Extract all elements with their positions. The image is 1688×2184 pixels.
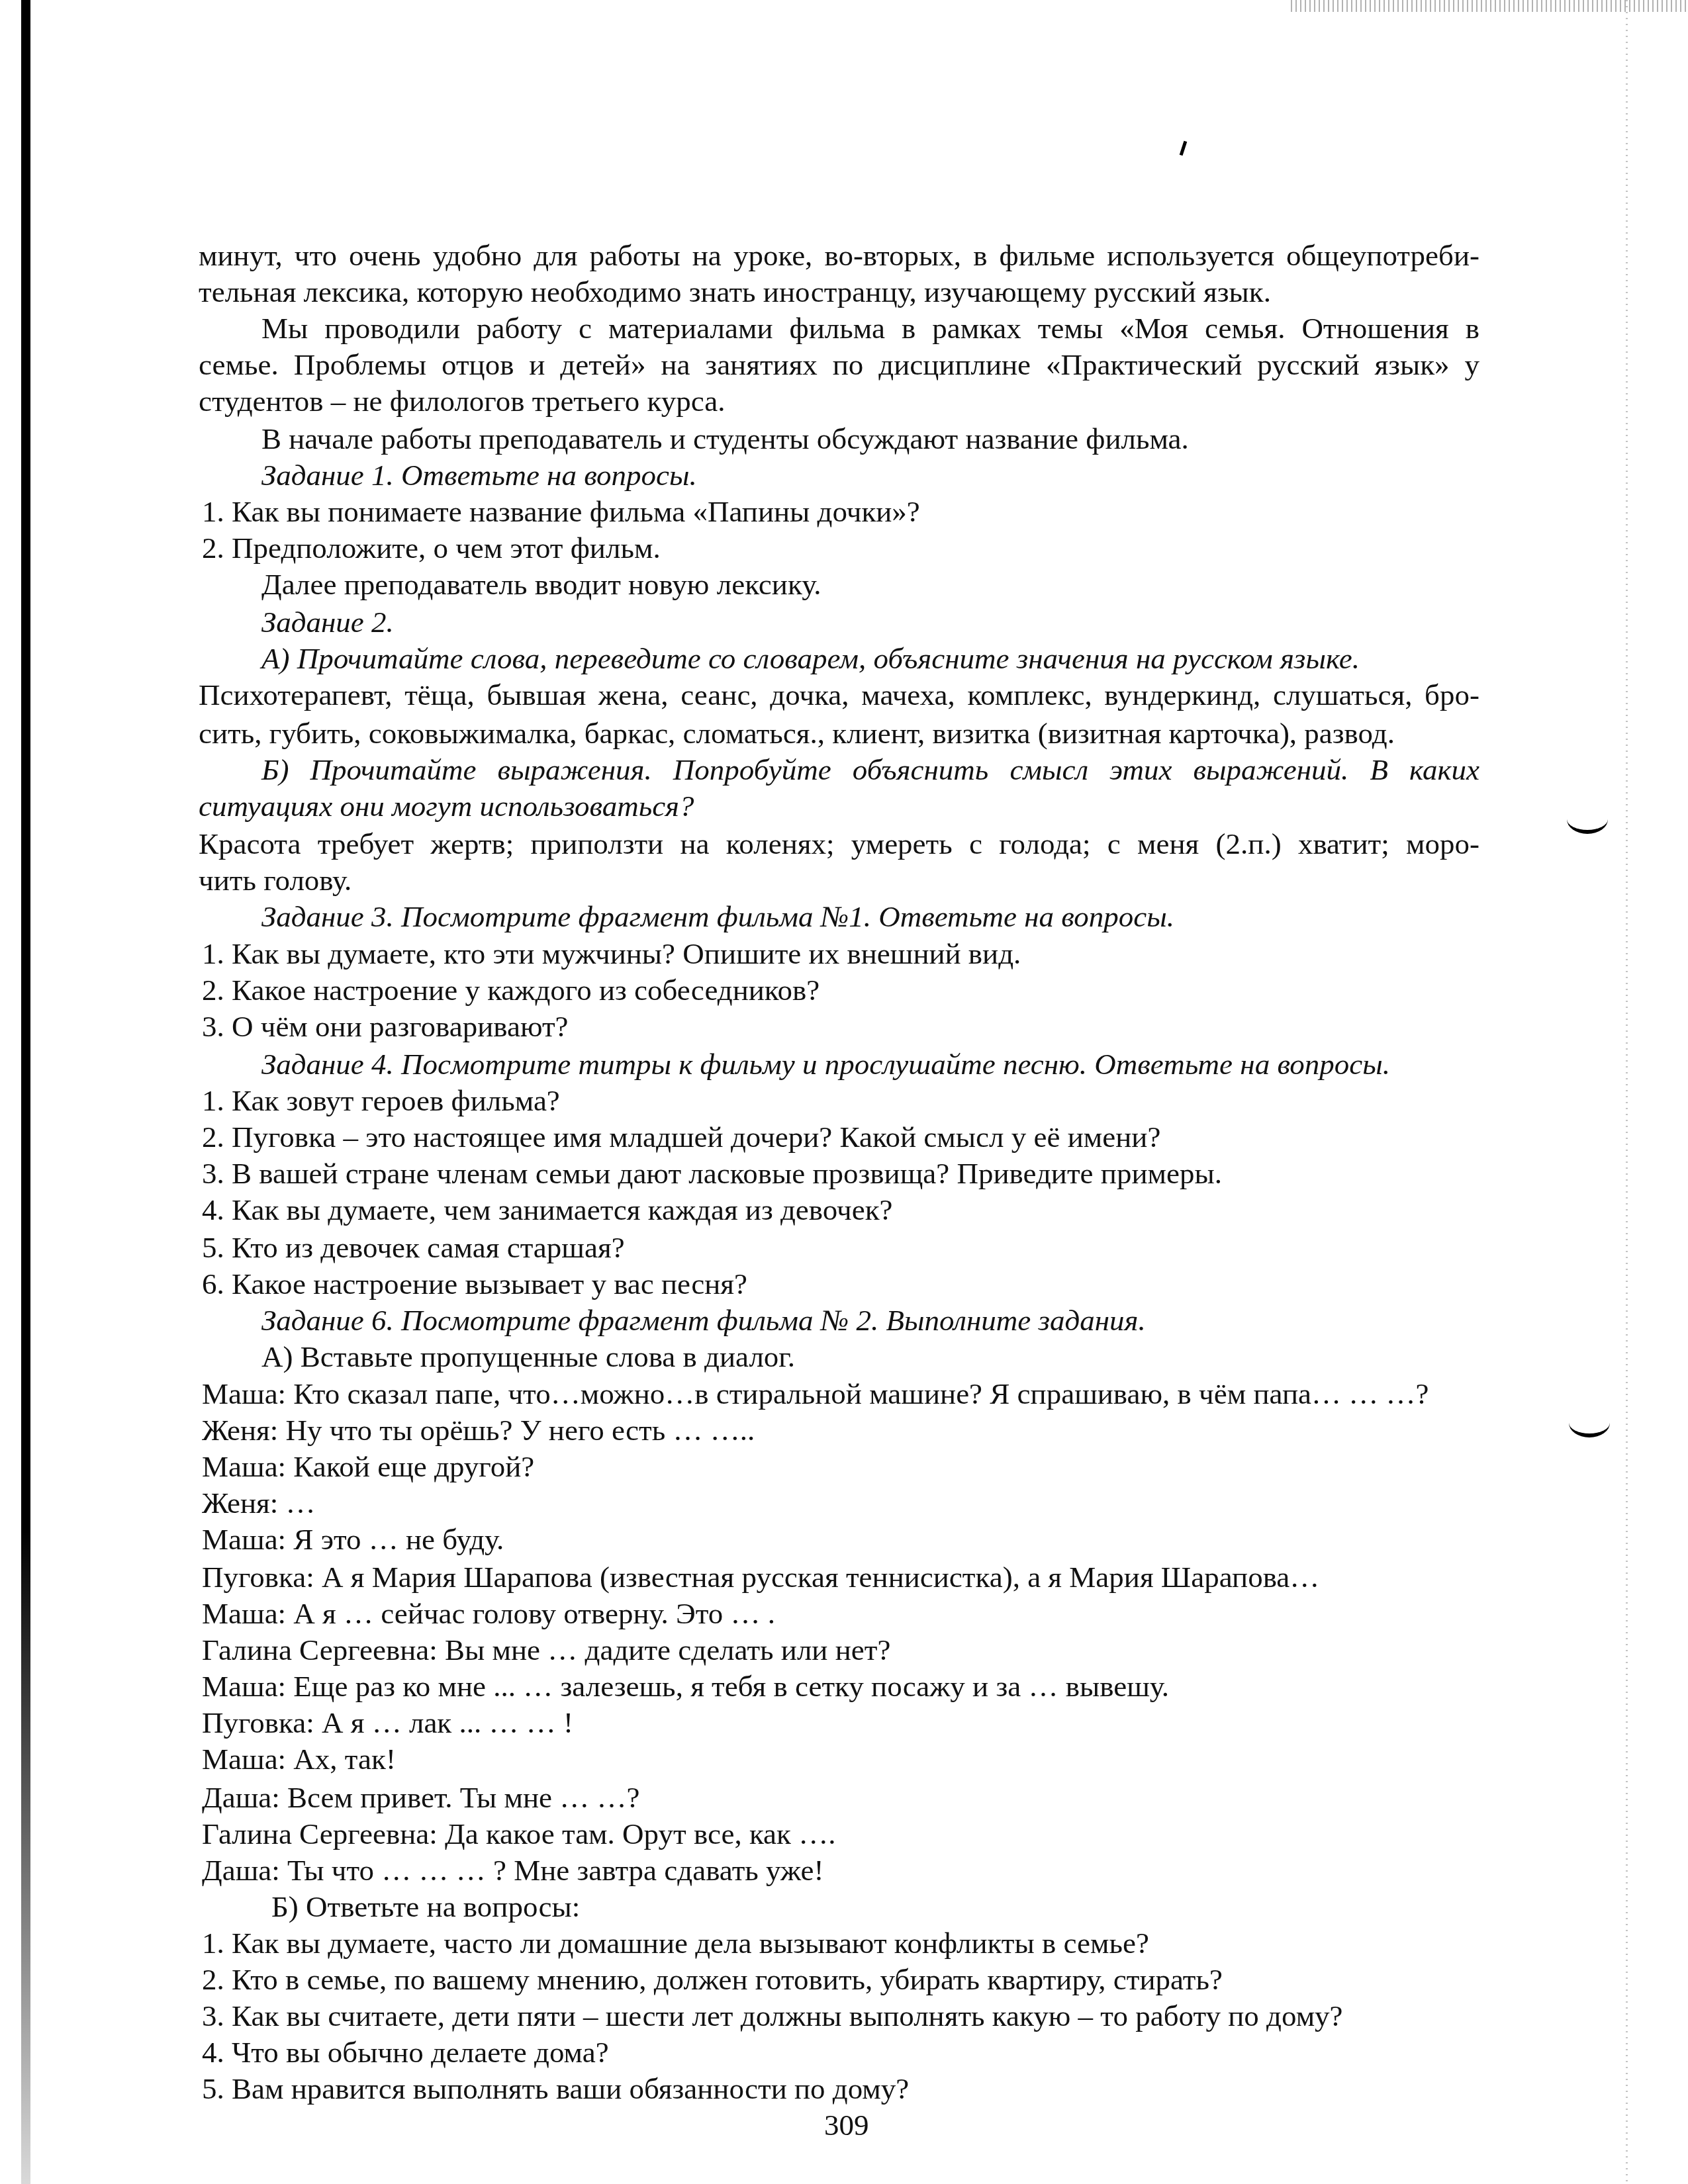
dialog-line: Маша: Какой еще другой? [202, 1448, 534, 1485]
ink-speck [1180, 141, 1188, 156]
page-number: 309 [824, 2107, 869, 2144]
vocabulary-line: Психотерапевт, тёща, бывшая жена, сеанс,… [199, 676, 1479, 713]
paragraph-line: студентов – не филологов третьего курса. [199, 383, 726, 420]
dialog-line: Маша: А я … сейчас голову отверну. Это …… [202, 1595, 775, 1632]
list-item: 2. Предположите, о чем этот фильм. [202, 529, 661, 567]
paragraph-line: В начале работы преподаватель и студенты… [261, 420, 1189, 457]
list-item: 2. Какое настроение у каждого из собесед… [202, 972, 820, 1009]
dialog-line: Женя: Ну что ты орёшь? У него есть … ….. [202, 1412, 755, 1449]
scanned-page: минут, что очень удобно для работы на ур… [0, 0, 1688, 2184]
scan-noise-right [1626, 0, 1628, 2184]
task-instruction: Б) Ответьте на вопросы: [271, 1888, 580, 1925]
paragraph-line: тельная лексика, которую необходимо знат… [199, 273, 1271, 310]
paragraph-line: семье. Проблемы отцов и детей» на заняти… [199, 346, 1479, 383]
list-item: 1. Как вы понимаете название фильма «Пап… [202, 493, 920, 530]
list-item: 5. Вам нравится выполнять ваши обязаннос… [202, 2070, 909, 2107]
dialog-line: Даша: Ты что … … … ? Мне завтра сдавать … [202, 1852, 823, 1889]
paragraph-line: минут, что очень удобно для работы на ур… [199, 237, 1479, 274]
task-heading: Задание 4. Посмотрите титры к фильму и п… [261, 1046, 1390, 1083]
paragraph-line: Далее преподаватель вводит новую лексику… [261, 566, 821, 603]
list-item: 2. Кто в семье, по вашему мнению, должен… [202, 1961, 1223, 1998]
list-item: 1. Как зовут героев фильма? [202, 1082, 560, 1119]
margin-mark [1569, 1423, 1610, 1437]
dialog-line: Даша: Всем привет. Ты мне … …? [202, 1779, 639, 1816]
task-heading: Задание 3. Посмотрите фрагмент фильма №1… [261, 898, 1174, 935]
expressions-line: чить голову. [199, 862, 352, 899]
vocabulary-line: сить, губить, соковыжималка, баркас, сло… [199, 715, 1395, 752]
list-item: 4. Что вы обычно делаете дома? [202, 2034, 609, 2071]
dialog-line: Женя: … [202, 1484, 316, 1522]
list-item: 6. Какое настроение вызывает у вас песня… [202, 1265, 747, 1302]
list-item: 3. О чём они разговаривают? [202, 1008, 569, 1045]
list-item: 1. Как вы думаете, часто ли домашние дел… [202, 1925, 1149, 1962]
dialog-line: Пуговка: А я … лак ... … … ! [202, 1704, 573, 1741]
list-item: 2. Пуговка – это настоящее имя младшей д… [202, 1118, 1160, 1156]
scan-noise [1291, 0, 1688, 12]
dialog-line: Галина Сергеевна: Да какое там. Орут все… [202, 1815, 835, 1852]
task-heading: Задание 6. Посмотрите фрагмент фильма № … [261, 1302, 1146, 1339]
list-item: 4. Как вы думаете, чем занимается каждая… [202, 1191, 893, 1228]
task-instruction: А) Вставьте пропущенные слова в диалог. [261, 1338, 795, 1375]
list-item: 5. Кто из девочек самая старшая? [202, 1229, 625, 1266]
task-instruction: ситуациях они могут использоваться? [199, 788, 694, 825]
paragraph-line: Мы проводили работу с материалами фильма… [261, 310, 1479, 347]
list-item: 3. В вашей стране членам семьи дают ласк… [202, 1155, 1222, 1192]
dialog-line: Маша: Я это … не буду. [202, 1521, 504, 1558]
margin-mark [1567, 819, 1608, 834]
task-heading: Задание 1. Ответьте на вопросы. [261, 457, 697, 494]
expressions-line: Красота требует жертв; приползти на коле… [199, 825, 1479, 862]
list-item: 1. Как вы думаете, кто эти мужчины? Опиш… [202, 935, 1021, 972]
list-item: 3. Как вы считаете, дети пяти – шести ле… [202, 1997, 1343, 2034]
dialog-line: Галина Сергеевна: Вы мне … дадите сделат… [202, 1631, 890, 1668]
task-heading: Задание 2. [261, 604, 394, 641]
scan-edge-shadow [21, 0, 30, 2184]
task-instruction: Б) Прочитайте выражения. Попробуйте объя… [261, 751, 1479, 788]
task-instruction: А) Прочитайте слова, переведите со слова… [261, 640, 1360, 677]
dialog-line: Маша: Кто сказал папе, что…можно…в стира… [202, 1375, 1429, 1412]
dialog-line: Пуговка: А я Мария Шарапова (известная р… [202, 1559, 1319, 1596]
dialog-line: Маша: Ах, так! [202, 1741, 396, 1778]
dialog-line: Маша: Еще раз ко мне ... … залезешь, я т… [202, 1668, 1169, 1705]
